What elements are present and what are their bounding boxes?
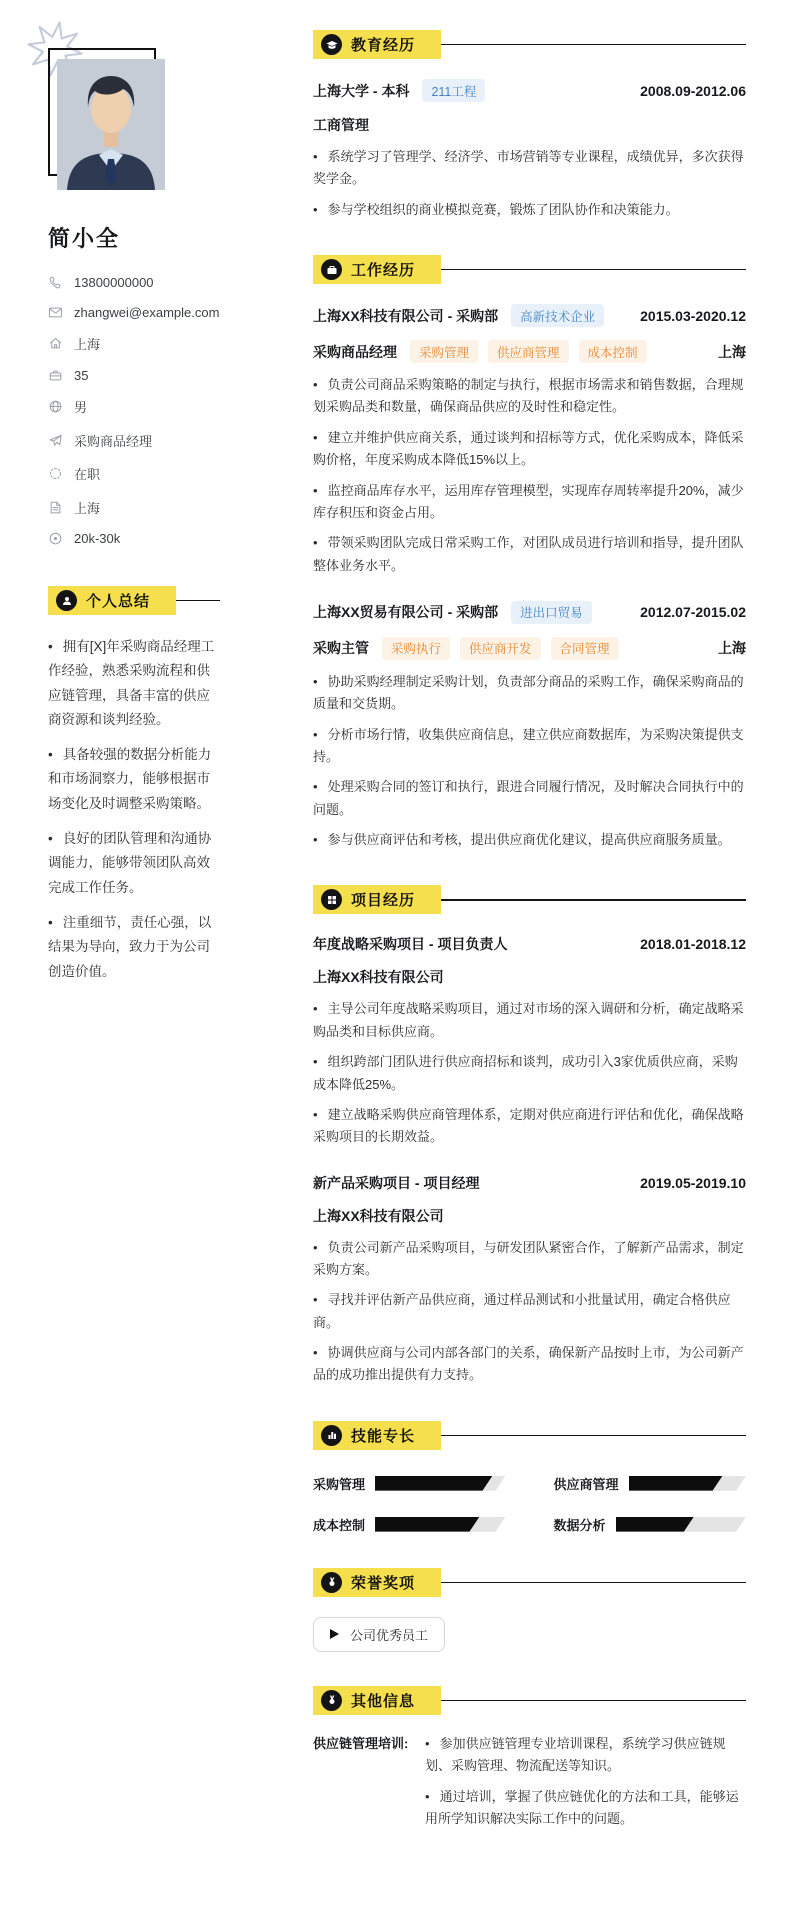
skill-bar-fill — [375, 1476, 492, 1491]
role-tag: 成本控制 — [579, 340, 647, 363]
projects-section: 项目经历 年度战略采购项目 - 项目负责人 2018.01-2018.12 上海… — [313, 885, 746, 1386]
work-entry: 上海XX贸易有限公司 - 采购部 进出口贸易 2012.07-2015.02 采… — [313, 601, 746, 852]
contact-value: 在职 — [74, 464, 100, 483]
resume-page: 简小全 13800000000 zhangwei@example.com 上海 — [0, 0, 794, 1912]
project-bullet: 主导公司年度战略采购项目，通过对市场的深入调研和分析，确定战略采购品类和目标供应… — [313, 998, 746, 1043]
project-name: 年度战略采购项目 - 项目负责人 — [313, 934, 507, 954]
home-icon — [48, 336, 63, 351]
work-bullet: 分析市场行情，收集供应商信息，建立供应商数据库，为采购决策提供支持。 — [313, 724, 746, 769]
education-bullet-list: 系统学习了管理学、经济学、市场营销等专业课程，成绩优异，多次获得奖学金。参与学校… — [313, 146, 746, 221]
company-name: 上海XX贸易有限公司 - 采购部 — [313, 602, 498, 622]
skill-bar-fill — [375, 1517, 479, 1532]
skill-label: 供应商管理 — [554, 1474, 619, 1493]
contact-value: 13800000000 — [74, 275, 154, 290]
project-company: 上海XX科技有限公司 — [313, 967, 746, 987]
contact-job-title: 采购商品经理 — [48, 431, 220, 450]
summary-bullet-list: 拥有[X]年采购商品经理工作经验，熟悉采购流程和供应链管理，具备丰富的供应商资源… — [48, 635, 220, 984]
other-info-bullet-list: 参加供应链管理专业培训课程，系统学习供应链规划、采购管理、物流配送等知识。通过培… — [425, 1733, 746, 1838]
work-bullet: 带领采购团队完成日常采购工作，对团队成员进行培训和指导，提升团队整体业务水平。 — [313, 532, 746, 577]
skill-item: 数据分析 — [554, 1515, 747, 1534]
contact-age: 35 — [48, 368, 220, 383]
project-bullet: 负责公司新产品采购项目，与研发团队紧密合作，了解新产品需求，制定采购方案。 — [313, 1237, 746, 1282]
school-name: 上海大学 - 本科 — [313, 81, 409, 101]
person-icon — [56, 590, 77, 611]
summary-bullet: 具备较强的数据分析能力和市场洞察力，能够根据市场变化及时调整采购策略。 — [48, 743, 220, 816]
major-name: 工商管理 — [313, 115, 746, 135]
work-bullet: 处理采购合同的签订和执行，跟进合同履行情况，及时解决合同执行中的问题。 — [313, 776, 746, 821]
other-info-row: 供应链管理培训: 参加供应链管理专业培训课程，系统学习供应链规划、采购管理、物流… — [313, 1733, 746, 1838]
grid-icon — [321, 889, 342, 910]
section-title: 项目经历 — [351, 889, 415, 910]
education-bullet: 系统学习了管理学、经济学、市场营销等专业课程，成绩优异，多次获得奖学金。 — [313, 146, 746, 191]
skill-item: 成本控制 — [313, 1515, 506, 1534]
summary-bullet: 良好的团队管理和沟通协调能力，能够带领团队高效完成工作任务。 — [48, 827, 220, 900]
medal-icon — [321, 1690, 342, 1711]
globe-icon — [48, 399, 63, 414]
skill-label: 采购管理 — [313, 1474, 365, 1493]
section-header: 技能专长 — [313, 1421, 746, 1450]
section-title: 教育经历 — [351, 34, 415, 55]
briefcase-icon — [48, 368, 63, 383]
contact-phone: 13800000000 — [48, 275, 220, 290]
section-title: 其他信息 — [351, 1690, 415, 1711]
target-icon — [48, 531, 63, 546]
section-header: 工作经历 — [313, 255, 746, 284]
graduation-cap-icon — [321, 34, 342, 55]
other-info-section: 其他信息 供应链管理培训: 参加供应链管理专业培训课程，系统学习供应链规划、采购… — [313, 1686, 746, 1838]
work-bullet: 负责公司商品采购策略的制定与执行，根据市场需求和销售数据，合理规划采购品类和数量… — [313, 374, 746, 419]
work-bullet-list: 负责公司商品采购策略的制定与执行，根据市场需求和销售数据，合理规划采购品类和数量… — [313, 374, 746, 577]
other-info-label: 供应链管理培训: — [313, 1733, 425, 1838]
honor-label: 公司优秀员工 — [350, 1625, 428, 1644]
summary-section: 个人总结 拥有[X]年采购商品经理工作经验，熟悉采购流程和供应链管理，具备丰富的… — [48, 586, 220, 984]
skills-section: 技能专长 采购管理 供应商管理 成本控制 数据分析 — [313, 1421, 746, 1534]
skill-bar — [375, 1476, 505, 1491]
work-bullet: 参与供应商评估和考核，提出供应商优化建议，提高供应商服务质量。 — [313, 829, 746, 851]
project-bullet: 建立战略采购供应商管理体系，定期对供应商进行评估和优化，确保战略采购项目的长期效… — [313, 1104, 746, 1149]
profile-photo — [57, 59, 165, 190]
skills-grid: 采购管理 供应商管理 成本控制 数据分析 — [313, 1474, 746, 1534]
main-column: 教育经历 上海大学 - 本科 211工程 2008.09-2012.06 工商管… — [313, 30, 746, 1872]
work-entry: 上海XX科技有限公司 - 采购部 高新技术企业 2015.03-2020.12 … — [313, 304, 746, 577]
contact-status: 在职 — [48, 464, 220, 483]
work-badge: 工作经历 — [313, 255, 441, 284]
honors-section: 荣誉奖项 公司优秀员工 — [313, 1568, 746, 1652]
other-info-bullet: 参加供应链管理专业培训课程，系统学习供应链规划、采购管理、物流配送等知识。 — [425, 1733, 746, 1778]
section-header: 项目经历 — [313, 885, 746, 914]
work-location: 上海 — [718, 342, 746, 362]
work-bullet: 协助采购经理制定采购计划，负责部分商品的采购工作，确保采购商品的质量和交货期。 — [313, 671, 746, 716]
work-section: 工作经历 上海XX科技有限公司 - 采购部 高新技术企业 2015.03-202… — [313, 255, 746, 851]
role-title: 采购主管 — [313, 638, 369, 658]
mail-icon — [48, 305, 63, 320]
project-bullet: 寻找并评估新产品供应商，通过样品测试和小批量试用，确定合格供应商。 — [313, 1289, 746, 1334]
skill-label: 成本控制 — [313, 1515, 365, 1534]
section-divider — [176, 600, 220, 602]
contact-value: 男 — [74, 397, 87, 416]
section-header: 荣誉奖项 — [313, 1568, 746, 1597]
project-company: 上海XX科技有限公司 — [313, 1206, 746, 1226]
contact-email: zhangwei@example.com — [48, 305, 220, 320]
project-entry: 年度战略采购项目 - 项目负责人 2018.01-2018.12 上海XX科技有… — [313, 934, 746, 1148]
company-tag: 高新技术企业 — [511, 304, 604, 327]
work-bullet: 监控商品库存水平，运用库存管理模型，实现库存周转率提升20%，减少库存积压和资金… — [313, 480, 746, 525]
work-location: 上海 — [718, 638, 746, 658]
work-bullet-list: 协助采购经理制定采购计划，负责部分商品的采购工作，确保采购商品的质量和交货期。分… — [313, 671, 746, 852]
education-entry: 上海大学 - 本科 211工程 2008.09-2012.06 工商管理 系统学… — [313, 79, 746, 221]
medal-icon — [321, 1572, 342, 1593]
other-info-badge: 其他信息 — [313, 1686, 441, 1715]
section-divider — [441, 1435, 746, 1437]
role-tag: 采购执行 — [382, 637, 450, 660]
phone-icon — [48, 275, 63, 290]
contact-value: zhangwei@example.com — [74, 305, 219, 320]
skill-item: 供应商管理 — [554, 1474, 747, 1493]
contact-value: 采购商品经理 — [74, 431, 152, 450]
role-tag: 采购管理 — [410, 340, 478, 363]
summary-badge: 个人总结 — [48, 586, 176, 615]
photo-area — [48, 30, 220, 206]
contact-value: 上海 — [74, 334, 100, 353]
section-header: 个人总结 — [48, 586, 220, 615]
contact-list: 13800000000 zhangwei@example.com 上海 35 — [48, 275, 220, 546]
work-date: 2015.03-2020.12 — [640, 308, 746, 324]
education-bullet: 参与学校组织的商业模拟竞赛，锻炼了团队协作和决策能力。 — [313, 199, 746, 221]
sidebar: 简小全 13800000000 zhangwei@example.com 上海 — [48, 30, 220, 1872]
project-bullet-list: 负责公司新产品采购项目，与研发团队紧密合作，了解新产品需求，制定采购方案。寻找并… — [313, 1237, 746, 1387]
skills-badge: 技能专长 — [313, 1421, 441, 1450]
play-icon — [330, 1629, 339, 1639]
project-entry: 新产品采购项目 - 项目经理 2019.05-2019.10 上海XX科技有限公… — [313, 1173, 746, 1387]
section-divider — [441, 1582, 746, 1584]
company-name: 上海XX科技有限公司 - 采购部 — [313, 306, 498, 326]
section-divider — [441, 44, 746, 46]
briefcase-icon — [321, 259, 342, 280]
summary-bullet: 注重细节，责任心强，以结果为导向，致力于为公司创造价值。 — [48, 911, 220, 984]
project-bullet: 协调供应商与公司内部各部门的关系，确保新产品按时上市，为公司新产品的成功推出提供… — [313, 1342, 746, 1387]
skill-bar — [629, 1476, 746, 1491]
bar-chart-icon — [321, 1425, 342, 1446]
education-badge: 教育经历 — [313, 30, 441, 59]
project-bullet: 组织跨部门团队进行供应商招标和谈判，成功引入3家优质供应商，采购成本降低25%。 — [313, 1051, 746, 1096]
skill-bar — [375, 1517, 505, 1532]
contact-value: 35 — [74, 368, 88, 383]
projects-badge: 项目经历 — [313, 885, 441, 914]
skill-bar — [616, 1517, 746, 1532]
role-tag-list: 采购执行供应商开发合同管理 — [382, 637, 619, 660]
section-divider — [441, 899, 746, 901]
section-title: 个人总结 — [86, 590, 150, 611]
work-date: 2012.07-2015.02 — [640, 604, 746, 620]
honors-badge: 荣誉奖项 — [313, 1568, 441, 1597]
status-circle-icon — [48, 466, 63, 481]
contact-location: 上海 — [48, 498, 220, 517]
project-date: 2019.05-2019.10 — [640, 1175, 746, 1191]
section-title: 工作经历 — [351, 259, 415, 280]
school-tag: 211工程 — [422, 79, 485, 102]
section-title: 荣誉奖项 — [351, 1572, 415, 1593]
candidate-name: 简小全 — [48, 222, 220, 253]
contact-salary: 20k-30k — [48, 531, 220, 546]
section-header: 其他信息 — [313, 1686, 746, 1715]
education-section: 教育经历 上海大学 - 本科 211工程 2008.09-2012.06 工商管… — [313, 30, 746, 221]
section-divider — [441, 269, 746, 271]
honor-item: 公司优秀员工 — [313, 1617, 445, 1652]
skill-item: 采购管理 — [313, 1474, 506, 1493]
honor-list: 公司优秀员工 — [313, 1617, 746, 1652]
role-tag: 合同管理 — [551, 637, 619, 660]
contact-value: 20k-30k — [74, 531, 120, 546]
skill-label: 数据分析 — [554, 1515, 606, 1534]
contact-gender: 男 — [48, 397, 220, 416]
role-tag-list: 采购管理供应商管理成本控制 — [410, 340, 647, 363]
education-date: 2008.09-2012.06 — [640, 83, 746, 99]
section-divider — [441, 1700, 746, 1702]
document-icon — [48, 500, 63, 515]
role-tag: 供应商开发 — [460, 637, 541, 660]
project-name: 新产品采购项目 - 项目经理 — [313, 1173, 479, 1193]
role-title: 采购商品经理 — [313, 342, 397, 362]
skill-bar-fill — [616, 1517, 694, 1532]
section-title: 技能专长 — [351, 1425, 415, 1446]
contact-value: 上海 — [74, 498, 100, 517]
contact-city: 上海 — [48, 334, 220, 353]
project-date: 2018.01-2018.12 — [640, 936, 746, 952]
company-tag: 进出口贸易 — [511, 601, 592, 624]
role-tag: 供应商管理 — [488, 340, 569, 363]
skill-bar-fill — [629, 1476, 723, 1491]
work-bullet: 建立并维护供应商关系，通过谈判和招标等方式，优化采购成本，降低采购价格，年度采购… — [313, 427, 746, 472]
other-info-bullet: 通过培训，掌握了供应链优化的方法和工具，能够运用所学知识解决实际工作中的问题。 — [425, 1786, 746, 1831]
project-bullet-list: 主导公司年度战略采购项目，通过对市场的深入调研和分析，确定战略采购品类和目标供应… — [313, 998, 746, 1148]
section-header: 教育经历 — [313, 30, 746, 59]
paper-plane-icon — [48, 433, 63, 448]
summary-bullet: 拥有[X]年采购商品经理工作经验，熟悉采购流程和供应链管理，具备丰富的供应商资源… — [48, 635, 220, 732]
